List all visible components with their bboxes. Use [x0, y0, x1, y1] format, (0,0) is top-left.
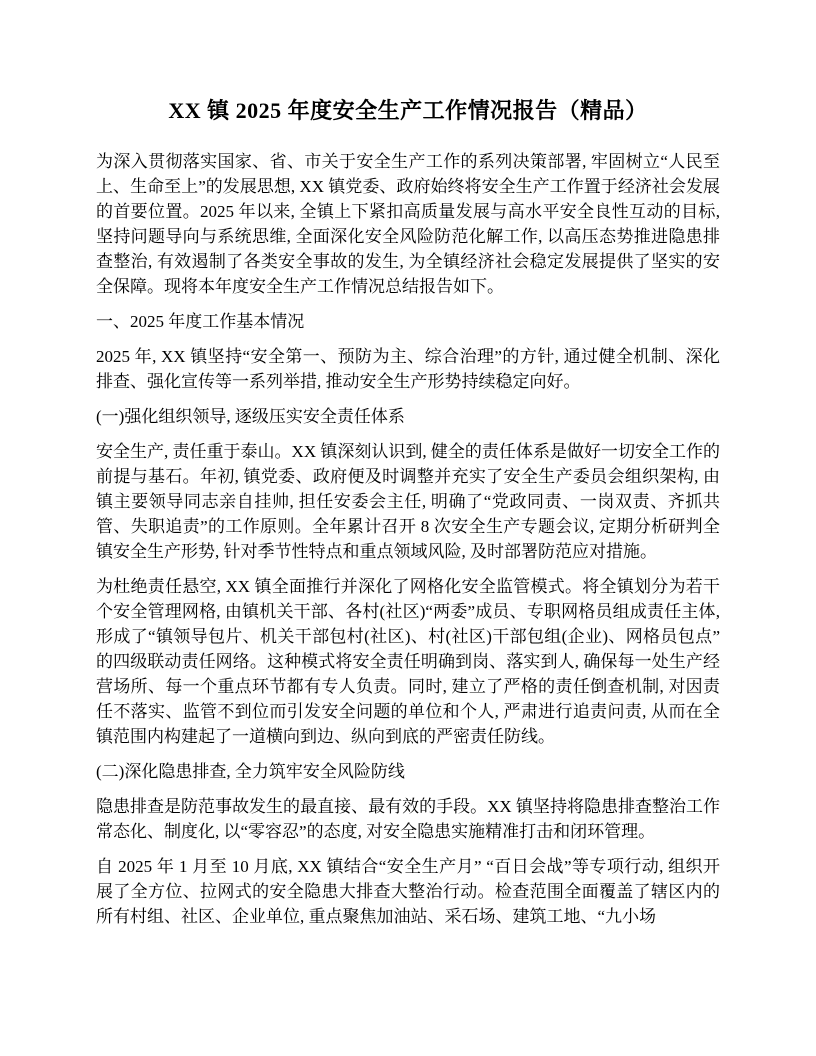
- document-title: XX 镇 2025 年度安全生产工作情况报告（精品）: [96, 96, 720, 126]
- responsibility-system-paragraph: 安全生产, 责任重于泰山。XX 镇深刻认识到, 健全的责任体系是做好一切安全工作…: [96, 439, 720, 564]
- subsection-heading-1-1: (一)强化组织领导, 逐级压实安全责任体系: [96, 404, 720, 429]
- intro-paragraph: 为深入贯彻落实国家、省、市关于安全生产工作的系列决策部署, 牢固树立“人民至上、…: [96, 149, 720, 299]
- section-1-overview-paragraph: 2025 年, XX 镇坚持“安全第一、预防为主、综合治理”的方针, 通过健全机…: [96, 344, 720, 394]
- grid-supervision-paragraph: 为杜绝责任悬空, XX 镇全面推行并深化了网格化安全监管模式。将全镇划分为若干个…: [96, 574, 720, 749]
- section-heading-1: 一、2025 年度工作基本情况: [96, 309, 720, 334]
- document-page: XX 镇 2025 年度安全生产工作情况报告（精品） 为深入贯彻落实国家、省、市…: [0, 0, 816, 1056]
- subsection-heading-1-2: (二)深化隐患排查, 全力筑牢安全风险防线: [96, 759, 720, 784]
- hazard-inspection-paragraph: 隐患排查是防范事故发生的最直接、最有效的手段。XX 镇坚持将隐患排查整治工作常态…: [96, 794, 720, 844]
- special-campaign-paragraph: 自 2025 年 1 月至 10 月底, XX 镇结合“安全生产月” “百日会战…: [96, 854, 720, 929]
